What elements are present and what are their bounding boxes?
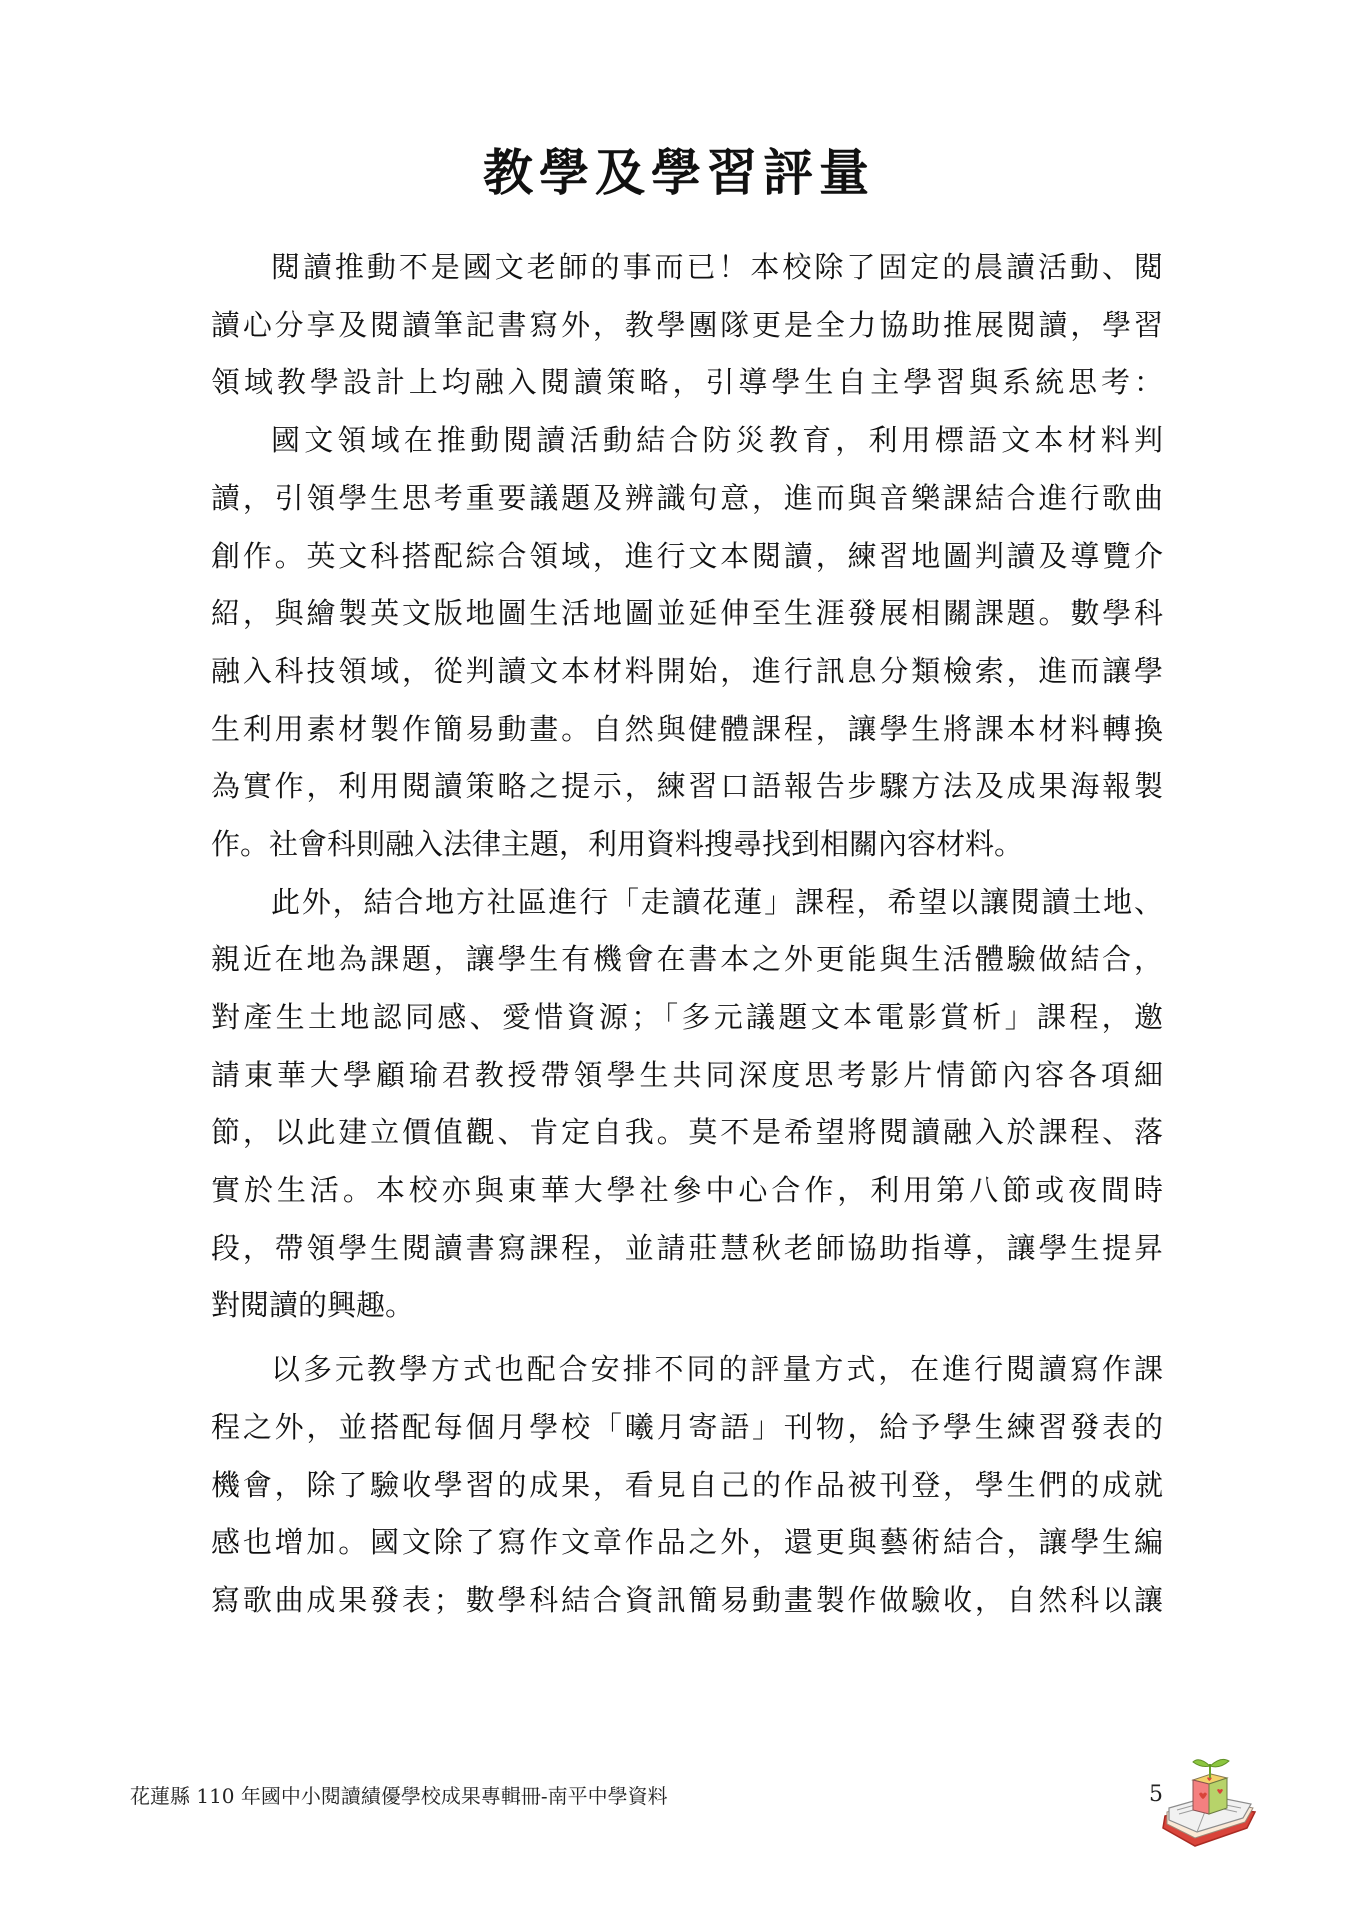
paragraph-1-line-3: 領域教學設計上均融入閱讀策略，引導學生自主學習與系統思考： xyxy=(211,357,1163,407)
paragraph-2-line-4: 紹，與繪製英文版地圖生活地圖並延伸至生涯發展相關課題。數學科 xyxy=(211,588,1163,638)
paragraph-3-line-7: 段，帶領學生閱讀書寫課程，並請莊慧秋老師協助指導，讓學生提昇 xyxy=(211,1223,1163,1273)
paragraph-2-line-8: 作。社會科則融入法律主題，利用資料搜尋找到相關內容材料。 xyxy=(211,819,1163,869)
page-title: 教學及學習評量 xyxy=(0,138,1358,208)
paragraph-4-line-3: 機會，除了驗收學習的成果，看見自己的作品被刊登，學生們的成就 xyxy=(211,1460,1163,1510)
paragraph-3-line-1: 此外，結合地方社區進行「走讀花蓮」課程，希望以讓閱讀土地、 xyxy=(271,877,1163,927)
paragraph-4-line-5: 寫歌曲成果發表；數學科結合資訊簡易動畫製作做驗收，自然科以讓 xyxy=(211,1575,1163,1625)
paragraph-3-line-8: 對閱讀的興趣。 xyxy=(211,1280,1163,1330)
paragraph-1-line-1: 閱讀推動不是國文老師的事而已！本校除了固定的晨讀活動、閱 xyxy=(271,242,1163,292)
paragraph-2-line-1: 國文領域在推動閱讀活動結合防災教育，利用標語文本材料判 xyxy=(271,415,1163,465)
book-with-sprouting-cube-icon xyxy=(1155,1750,1265,1860)
paragraph-3-line-2: 親近在地為課題，讓學生有機會在書本之外更能與生活體驗做結合， xyxy=(211,934,1163,984)
paragraph-1-line-2: 讀心分享及閱讀筆記書寫外，教學團隊更是全力協助推展閱讀，學習 xyxy=(211,300,1163,350)
paragraph-4-line-4: 感也增加。國文除了寫作文章作品之外，還更與藝術結合，讓學生編 xyxy=(211,1517,1163,1567)
paragraph-4-line-2: 程之外，並搭配每個月學校「曦月寄語」刊物，給予學生練習發表的 xyxy=(211,1402,1163,1452)
paragraph-3-line-6: 實於生活。本校亦與東華大學社參中心合作，利用第八節或夜間時 xyxy=(211,1165,1163,1215)
paragraph-2-line-2: 讀，引領學生思考重要議題及辨識句意，進而與音樂課結合進行歌曲 xyxy=(211,473,1163,523)
paragraph-4-line-1: 以多元教學方式也配合安排不同的評量方式，在進行閱讀寫作課 xyxy=(271,1344,1163,1394)
paragraph-2-line-5: 融入科技領域，從判讀文本材料開始，進行訊息分類檢索，進而讓學 xyxy=(211,646,1163,696)
paragraph-2-line-6: 生利用素材製作簡易動畫。自然與健體課程，讓學生將課本材料轉換 xyxy=(211,704,1163,754)
paragraph-3-line-3: 對產生土地認同感、愛惜資源；「多元議題文本電影賞析」課程，邀 xyxy=(211,992,1163,1042)
paragraph-3-line-5: 節，以此建立價值觀、肯定自我。莫不是希望將閱讀融入於課程、落 xyxy=(211,1107,1163,1157)
footer-text: 花蓮縣 110 年國中小閱讀績優學校成果專輯冊-南平中學資料 xyxy=(130,1781,668,1811)
paragraph-2-line-3: 創作。英文科搭配綜合領域，進行文本閱讀，練習地圖判讀及導覽介 xyxy=(211,531,1163,581)
paragraph-2-line-7: 為實作，利用閱讀策略之提示，練習口語報告步驟方法及成果海報製 xyxy=(211,761,1163,811)
paragraph-3-line-4: 請東華大學顧瑜君教授帶領學生共同深度思考影片情節內容各項細 xyxy=(211,1050,1163,1100)
